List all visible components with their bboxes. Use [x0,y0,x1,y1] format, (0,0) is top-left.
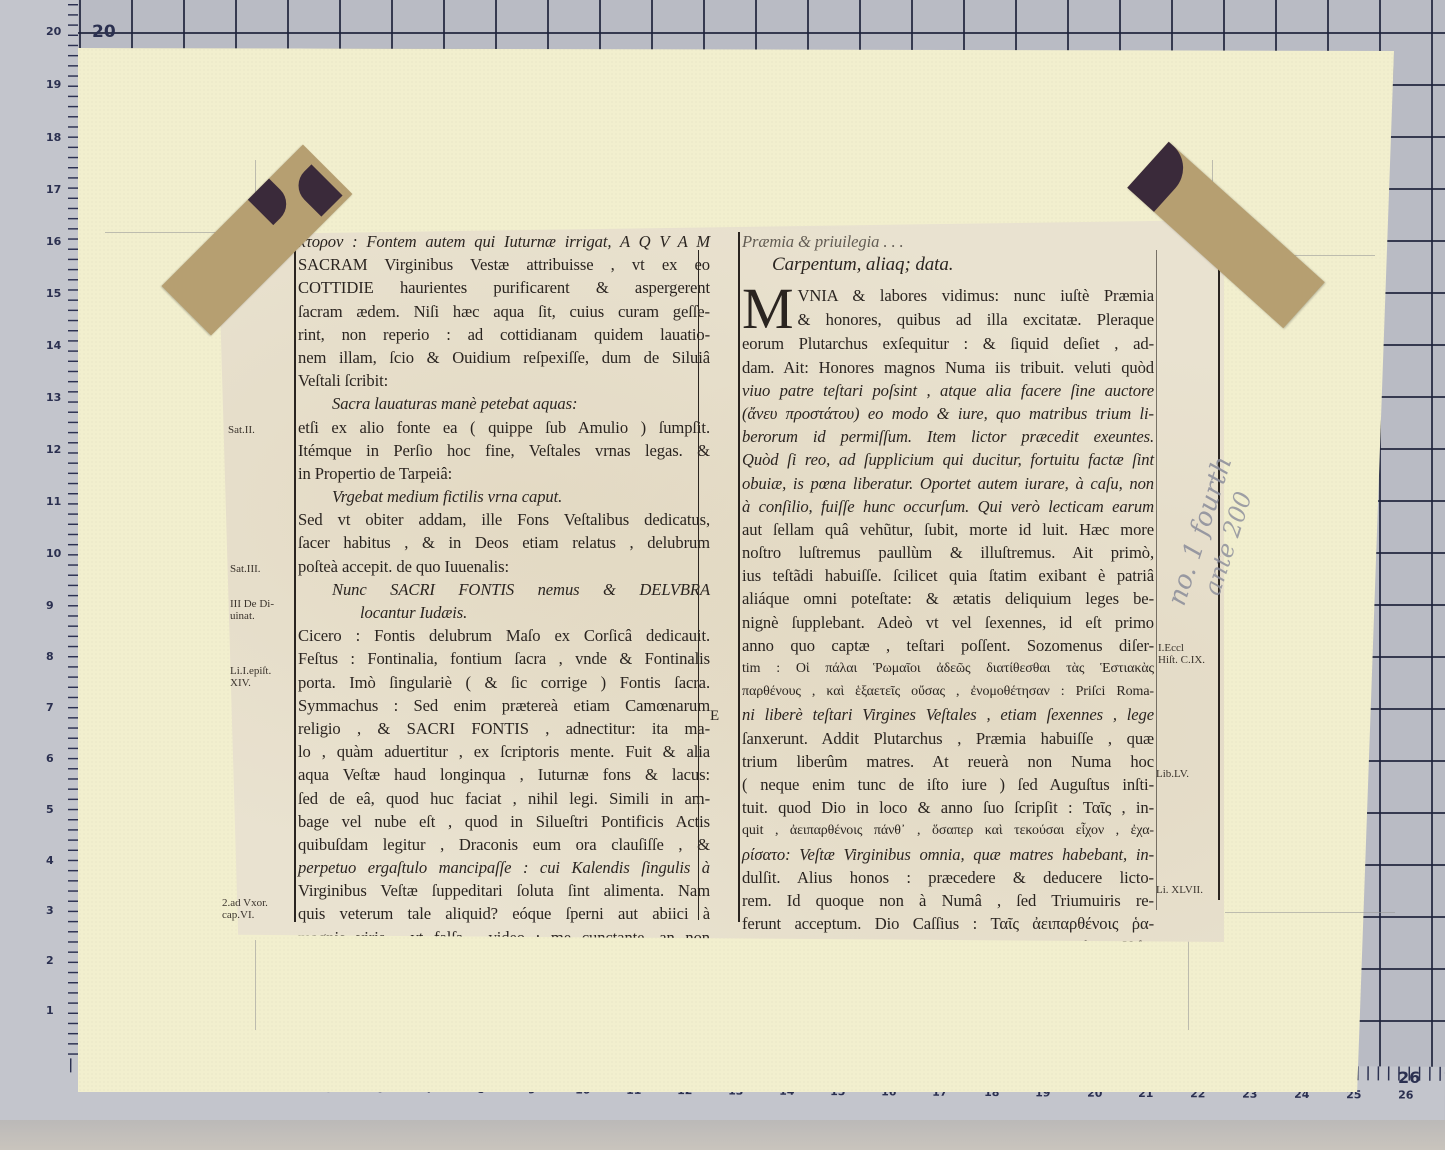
right-column-rule [1156,250,1157,910]
text-line: ρίσατο: Veſtæ Virginibus omnia, quæ matr… [742,843,1154,866]
ruler-label: 17 [46,183,61,196]
margin-citation: III De Di- uinat. [230,598,274,622]
text-line: rem. Id quoque non à Numâ , ſed Triumuir… [742,889,1154,912]
text-line: quibuſdam legitur , Draconis eum ora cla… [298,833,710,856]
text-line: ferunt acceptum. Dio Caſſius : Ταῖς ἀειπ… [742,912,1154,935]
text-line: berorum id permiſſum. Item lictor præced… [742,425,1154,448]
ruler-label: 4 [46,854,54,867]
greek-text-line: quit , ἀειπαρθένοις πάνθ᾽ , ὅσαπερ καὶ τ… [742,819,1154,842]
right-text-column: Præmia & priuilegia . . . Carpentum, ali… [742,230,1154,958]
ruler-label: 26 [1398,1089,1413,1102]
text-line: Cicero : Fontis delubrum Maſo ex Corſicâ… [298,624,710,647]
ruler-label: 13 [46,391,61,404]
margin-citation: 2.ad Vxor. cap.VI. [222,897,268,921]
text-line: dam. Ait: Honores magnos Numa iis tribui… [742,356,1154,379]
text-line: aut ſellam quâ vehũtur, ſubit, morte id … [742,518,1154,541]
text-line: Sed vt obiter addam, ille Fons Veſtalibu… [298,508,710,531]
greek-text-line: tim : Οἱ πάλαι Ῥωμαῖοι ἀδεῶς διατίθεσθαι… [742,657,1154,680]
pencil-guide [1225,912,1395,913]
table-surface [0,1120,1445,1150]
text-line: obuiæ, is pœna liberatur. Oportet autem … [742,472,1154,495]
ruler-label: 20 [46,25,61,38]
ruler-label: 9 [46,599,54,612]
margin-citation: Li.I.epiſt. XIV. [230,665,271,689]
margin-citation: Li. XLVII. [1156,884,1203,896]
text-line: in Propertio de Tarpeiâ: [298,462,710,485]
text-line: dulſit. Alius honos : præcedere & deduce… [742,866,1154,889]
ruler-label: 7 [46,701,54,714]
text-line: nem illam, ſcio & Ouidium reſpexiſſe, du… [298,346,710,369]
ruler-label: 19 [46,78,61,91]
text-line: anno quo captæ , teſtari poſſent. Sozome… [742,634,1154,657]
ruler-label: 11 [46,495,61,508]
ruler-label: 16 [46,235,61,248]
ruler-label: 12 [46,443,61,456]
text-line: poſteà accepit. de quo Iuuenalis: [298,555,710,578]
text-line: quis veterum tale aliquid? eóque ſperni … [298,902,710,925]
text-line: ſed de eâ, quod huc faciat , nihil legi.… [298,787,710,810]
ruler-label: 2 [46,954,54,967]
text-line: Quòd ſi reo, ad ſupplicium qui ducitur, … [742,448,1154,471]
text-line: etſi ex alio fonte ea ( quippe ſub Amuli… [298,416,710,439]
text-line: rint, non reperio : ad cottidianam quide… [298,323,710,346]
text-line: SACRAM Virginibus Vestæ attribuisse , vt… [298,253,710,276]
greek-text-line: παρθένους , καὶ ἑξαετεῖς οὔσας , ἐνομοθέ… [742,680,1154,703]
ruler-label: 5 [46,803,54,816]
left-ruler: 20 19 18 17 16 15 14 13 12 11 10 9 8 7 6… [0,0,78,1128]
text-line: COTTIDIE haurientes purificarent & asper… [298,276,710,299]
ruler-label: 1 [46,1004,54,1017]
ruler-label: 18 [46,131,61,144]
text-line: Symmachus : Sed enim prætereà etiam Camœ… [298,694,710,717]
mat-corner-label: 20 [92,22,116,42]
ruler-label: 14 [46,339,61,352]
pencil-guide [255,940,256,1030]
text-line: à conſilio, fuiſſe hunc occurſum. Qui ve… [742,495,1154,518]
verse-quote: locantur Iudæis. [298,601,710,624]
text-line: eorum Plutarchus exſequitur : & ſiquid d… [742,332,1154,355]
text-line: viuo patre teſtari poſsint , atque alia … [742,379,1154,402]
text-line: ( neque enim tunc de iſto iure ) ſed Aug… [742,773,1154,796]
verse-quote: Vrgebat medium fictilis vrna caput. [298,485,710,508]
verse-quote: Nunc SACRI FONTIS nemus & DELVBRA [298,578,710,601]
text-line: VNIA & labores vidimus: nunc iuſtè Præmi… [742,284,1154,307]
text-line: lo , quàm aduertitur , ex ſcriptoris men… [298,740,710,763]
text-line: bage vel nube eſt , quod in Silueſtri Po… [298,810,710,833]
text-line: nignè ſupplebant. Adeò vt vel ſexennes, … [742,611,1154,634]
text-line: trium liberûm matres. At reuerà non Numa… [742,750,1154,773]
pencil-guide [105,232,225,233]
text-line: κτορον : Fontem autem qui Iuturnæ irriga… [298,230,710,253]
printed-leaf: κτορον : Fontem autem qui Iuturnæ irriga… [218,220,1224,942]
text-line: ſacram ædem. Niſi hæc aqua ſit, cuius cu… [298,300,710,323]
ruler-label: 8 [46,650,54,663]
center-column-rule [738,232,740,922]
ruler-label: 6 [46,752,54,765]
text-line: & honores, quibus ad illa excitatæ. Pler… [742,308,1154,331]
text-line: religio , & SACRI FONTIS , adnectitur: i… [298,717,710,740]
text-line: Feſtus : Fontinalia, fontium ſacra , vnd… [298,647,710,670]
text-line: porta. Imò ſingulariè ( & ſic corrige ) … [298,671,710,694]
text-line: (ἄνευ προστάτου) eo modo & iure, quo mat… [742,402,1154,425]
mat-corner-label: 26 [1398,1068,1420,1087]
drop-cap: M [742,286,793,332]
text-line: Virginibus Veſtæ ſuppeditari ſoluta ſint… [298,879,710,902]
ruler-label: 10 [46,547,61,560]
ruler-ticks [62,0,78,1100]
verse-quote: Sacra lauaturas manè petebat aquas: [298,392,710,415]
text-line: ius teſtãdi habuiſſe. ſcilicet quia ſtat… [742,564,1154,587]
signature-mark: E [710,708,719,725]
margin-citation: Sat.III. [230,563,261,575]
left-column-rule [294,232,296,922]
ruler-label: 15 [46,287,61,300]
margin-citation: I.Eccl Hiſt. C.IX. [1158,642,1205,666]
pencil-guide [1188,940,1189,1030]
text-line: ſanxerunt. Addit Plutarchus , Præmia hab… [742,727,1154,750]
cropped-heading-line: Præmia & priuilegia . . . [742,230,1154,253]
margin-citation: Sat.II. [228,424,255,436]
text-line: ſacer habitus , & in Deos etiam relatus … [298,531,710,554]
left-text-column: κτορον : Fontem autem qui Iuturnæ irriga… [298,230,710,972]
text-line: perpetuo ergaſtulo mancipaſſe : cui Kale… [298,856,710,879]
section-heading: Carpentum, aliaq; data. [742,253,1154,276]
text-line: aliáque omni poteſtate: & ætatis deliqui… [742,587,1154,610]
text-line: tuit. quod Dio in loco & anno ſuo ſcripſ… [742,796,1154,819]
text-line: Veſtali ſcribit: [298,369,710,392]
text-line: Itémque in Perſio hoc fine, Veſtales vrn… [298,439,710,462]
ruler-label: 3 [46,904,54,917]
text-line: noſtro luſtremus paullùm & illuſtremus. … [742,541,1154,564]
text-line: ni liberè teſtari Virgines Veſtales , et… [742,703,1154,726]
margin-citation: Lib.LV. [1156,768,1189,780]
text-line: aqua Veſtæ haud longinqua , Iuturnæ fons… [298,763,710,786]
